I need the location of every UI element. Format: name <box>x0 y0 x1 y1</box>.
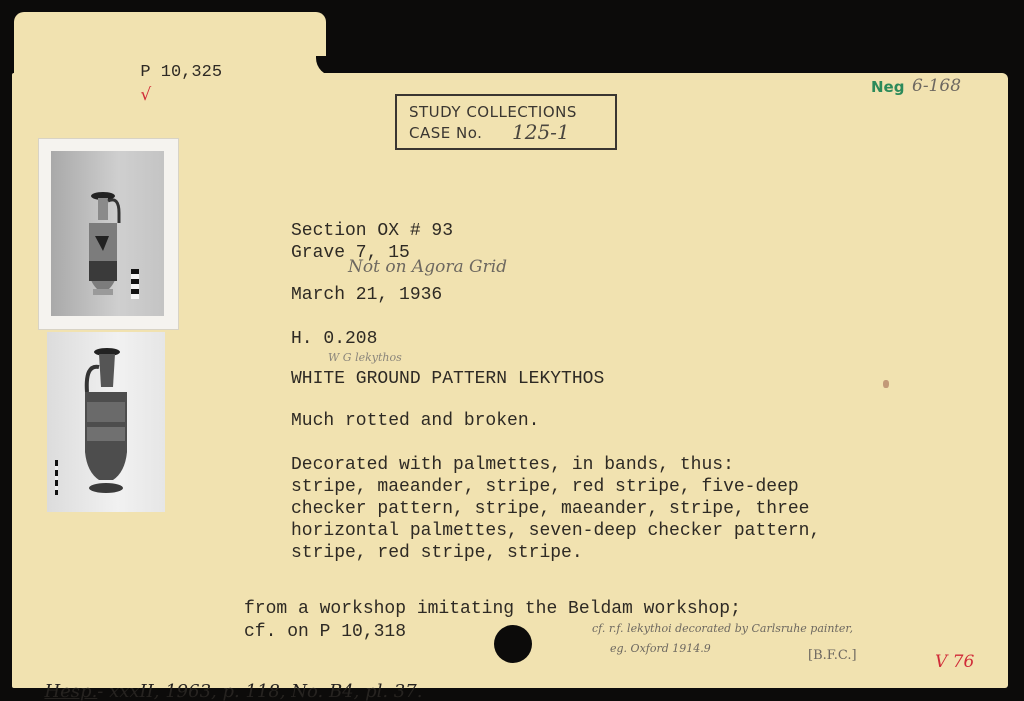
object-title: WHITE GROUND PATTERN LEKYTHOS <box>291 368 604 390</box>
date: March 21, 1936 <box>291 284 442 306</box>
section: Section OX # 93 <box>291 220 453 242</box>
tab-inventory-number: P 10,325 √ <box>120 40 222 108</box>
description-line: horizontal palmettes, seven-deep checker… <box>291 520 820 542</box>
grid-note: Not on Agora Grid <box>348 257 507 277</box>
short-note: W G lekythos <box>328 351 402 364</box>
lekythos-icon <box>51 151 164 316</box>
height: H. 0.208 <box>291 328 377 350</box>
punch-hole <box>494 625 532 663</box>
description-line: checker pattern, stripe, maeander, strip… <box>291 498 809 520</box>
attribution-line: from a workshop imitating the Beldam wor… <box>244 598 741 620</box>
journal-abbrev: Hesp. <box>44 681 97 701</box>
attribution-line: cf. on P 10,318 <box>244 621 406 643</box>
description-line: stripe, maeander, stripe, red stripe, fi… <box>291 476 799 498</box>
citation: - xxxII, 1963, p. 118, No. B4, pl. 37. <box>97 681 422 701</box>
description-line: stripe, red stripe, stripe. <box>291 542 583 564</box>
description-line: Decorated with palmettes, in bands, thus… <box>291 454 734 476</box>
scale-bar <box>55 460 58 495</box>
photo-image <box>51 151 164 316</box>
condition: Much rotted and broken. <box>291 410 539 432</box>
stain <box>883 380 889 388</box>
inventory-number: P 10,325 <box>140 63 222 82</box>
stamp-line-2: CASE No. <box>409 124 482 142</box>
checkmark-icon: √ <box>140 85 151 105</box>
stamp-line-1: STUDY COLLECTIONS <box>409 103 577 121</box>
study-collections-stamp: STUDY COLLECTIONS CASE No. 125-1 <box>395 94 617 150</box>
neg-number: 6-168 <box>912 76 961 96</box>
photo-lekythos-1 <box>39 139 178 329</box>
comparison-note: cf. r.f. lekythoi decorated by Carlsruhe… <box>592 622 853 635</box>
neg-stamp: Neg <box>871 78 904 96</box>
lekythos-icon <box>47 332 165 512</box>
comparison-note: eg. Oxford 1914.9 <box>610 642 711 655</box>
volume-mark: V 76 <box>935 652 974 672</box>
scale-bar <box>131 269 139 299</box>
case-number: 125-1 <box>512 120 570 144</box>
bibliography: Hesp.- xxxII, 1963, p. 118, No. B4, pl. … <box>33 660 422 701</box>
initials: [B.F.C.] <box>808 648 857 663</box>
photo-lekythos-2 <box>47 332 165 512</box>
